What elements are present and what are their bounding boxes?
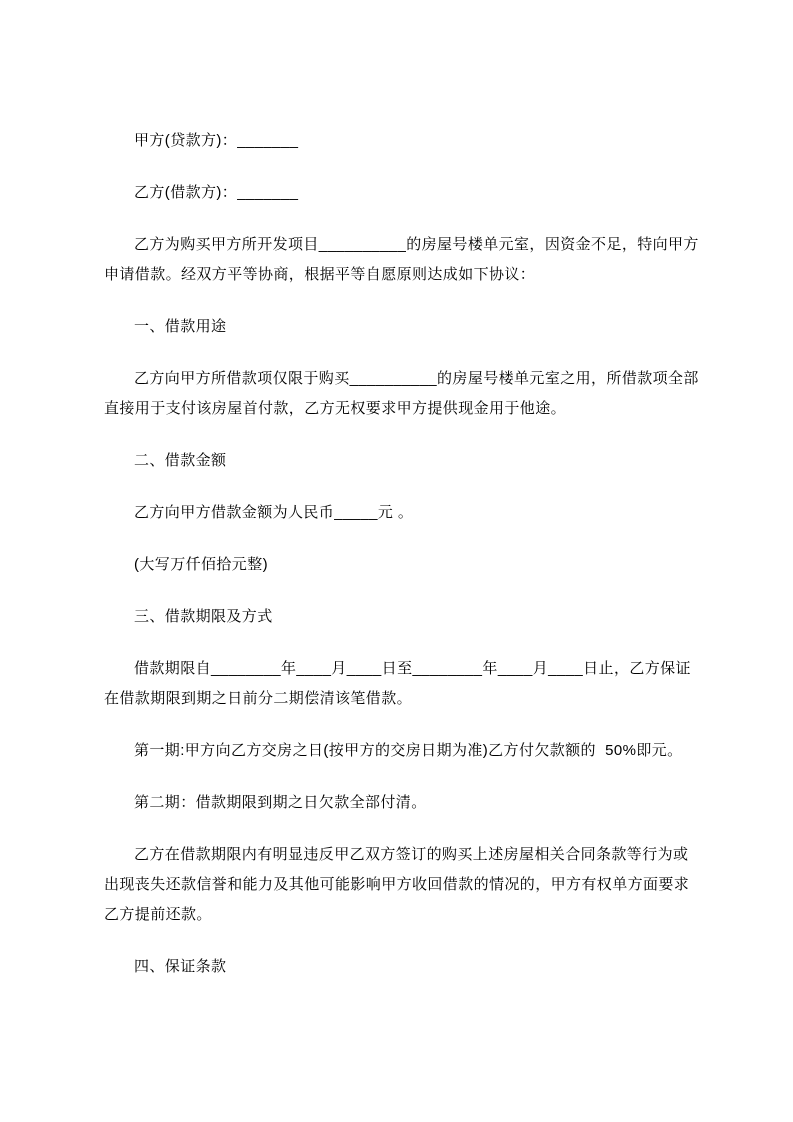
document-content: 甲方(贷款方)：_______ 乙方(借款方)：_______ 乙方为购买甲方所… (0, 0, 793, 1022)
paragraph-preamble: 乙方为购买甲方所开发项目__________的房屋号楼单元室，因资金不足，特向甲… (104, 230, 703, 290)
paragraph-loan-term: 借款期限自________年____月____日至________年____月_… (104, 654, 703, 714)
paragraph-party-b: 乙方(借款方)：_______ (104, 178, 703, 208)
paragraph-section-1-body: 乙方向甲方所借款项仅限于购买__________的房屋号楼单元室之用，所借款项全… (104, 364, 703, 424)
heading-section-1: 一、借款用途 (104, 312, 703, 342)
document-page: 甲方(贷款方)：_______ 乙方(借款方)：_______ 乙方为购买甲方所… (0, 0, 793, 1122)
paragraph-installment-1: 第一期:甲方向乙方交房之日(按甲方的交房日期为准)乙方付欠款额的 50%即元。 (104, 736, 703, 766)
paragraph-amount-capital: (大写万仟佰拾元整) (104, 550, 703, 580)
heading-section-3: 三、借款期限及方式 (104, 602, 703, 632)
heading-section-4: 四、保证条款 (104, 952, 703, 982)
paragraph-installment-2: 第二期：借款期限到期之日欠款全部付清。 (104, 788, 703, 818)
paragraph-party-a: 甲方(贷款方)：_______ (104, 126, 703, 156)
paragraph-early-repayment: 乙方在借款期限内有明显违反甲乙双方签订的购买上述房屋相关合同条款等行为或出现丧失… (104, 840, 703, 930)
paragraph-loan-amount: 乙方向甲方借款金额为人民币_____元 。 (104, 498, 703, 528)
heading-section-2: 二、借款金额 (104, 446, 703, 476)
